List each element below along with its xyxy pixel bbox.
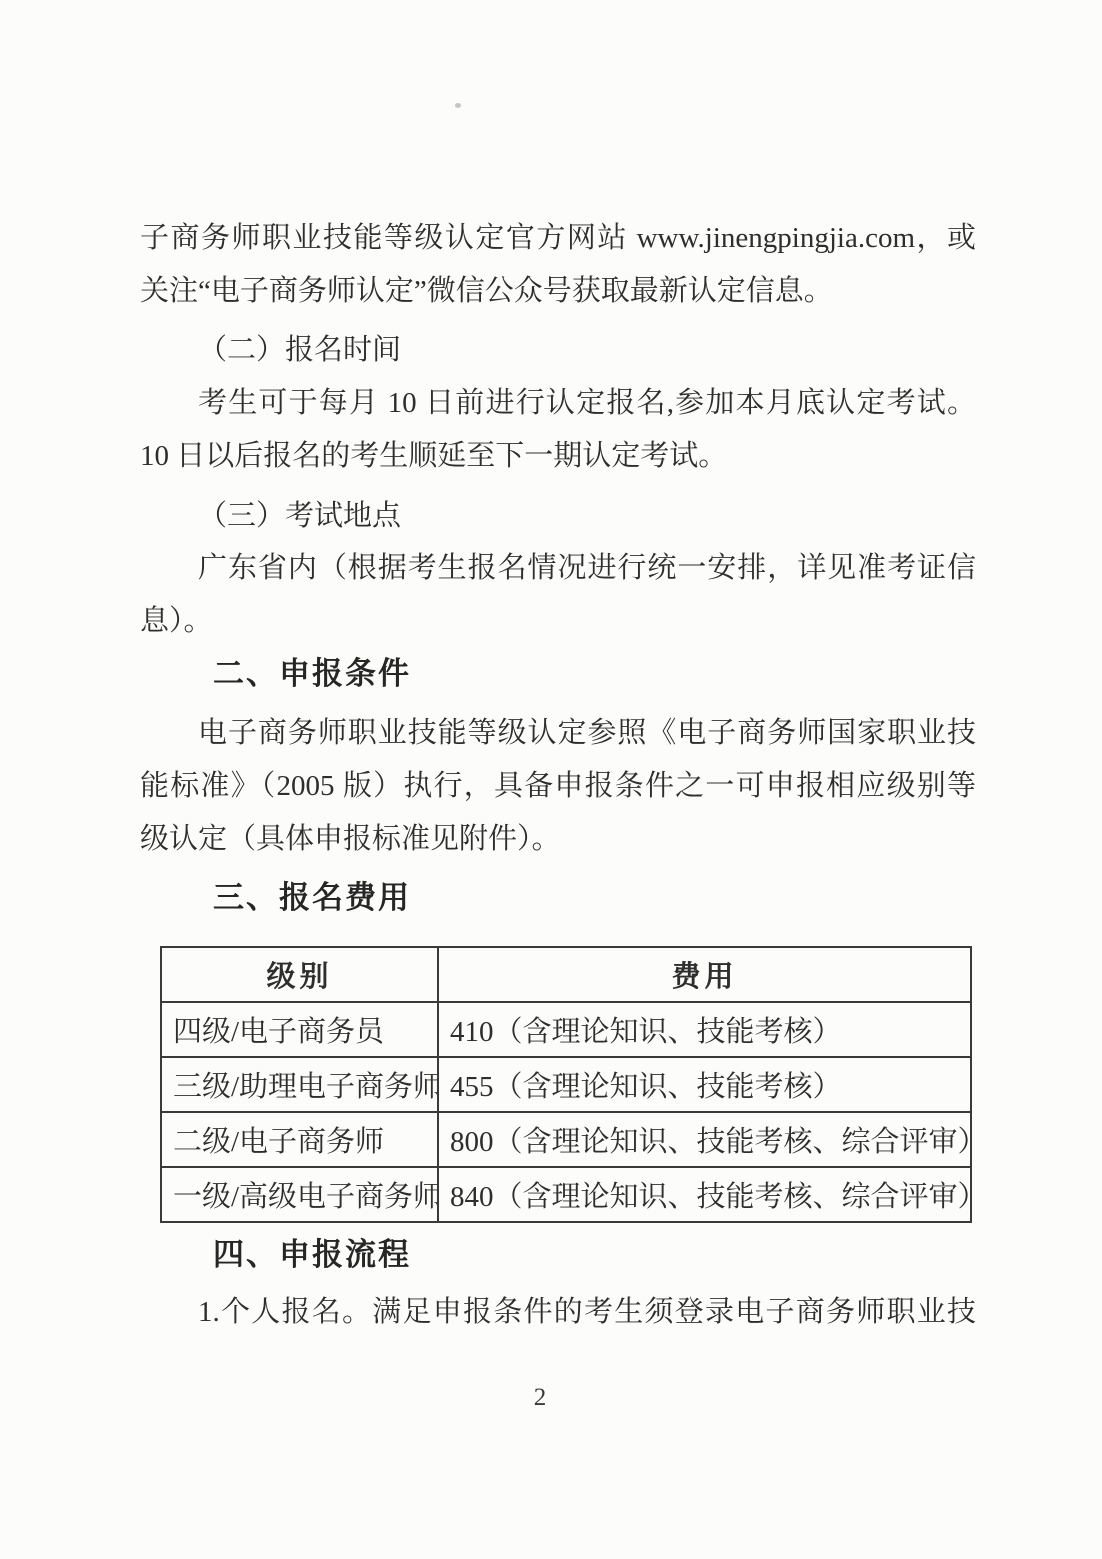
section-heading-fees: 三、报名费用 (140, 876, 1049, 920)
text-line: 考生可于每月 10 日前进行认定报名,参加本月底认定考试。 (140, 377, 976, 430)
fee-table-header-fee: 费用 (438, 947, 971, 1002)
level-cell: 二级/电子商务师 (161, 1112, 438, 1167)
table-row: 三级/助理电子商务师 455（含理论知识、技能考核） (161, 1057, 971, 1112)
section-heading-conditions: 二、申报条件 (140, 652, 1049, 696)
text-line: 广东省内（根据考生报名情况进行统一安排，详见准考证信 (140, 542, 976, 595)
fee-table-header-level: 级别 (161, 947, 438, 1002)
section-heading-process: 四、申报流程 (140, 1233, 1049, 1277)
text-line: 息）。 (140, 595, 976, 648)
paragraph-process: 1.个人报名。满足申报条件的考生须登录电子商务师职业技 (140, 1286, 976, 1339)
table-row: 二级/电子商务师 800（含理论知识、技能考核、综合评审） (161, 1112, 971, 1167)
level-cell: 一级/高级电子商务师 (161, 1167, 438, 1222)
fee-table: 级别 费用 四级/电子商务员 410（含理论知识、技能考核） 三级/助理电子商务… (160, 946, 972, 1223)
text-line: 1.个人报名。满足申报条件的考生须登录电子商务师职业技 (140, 1286, 976, 1339)
text-line: 关注“电子商务师认定”微信公众号获取最新认定信息。 (140, 265, 976, 318)
page-number: 2 (0, 1384, 1080, 1412)
heading-text: （三）考试地点 (140, 490, 976, 543)
level-cell: 三级/助理电子商务师 (161, 1057, 438, 1112)
document-page: 子商务师职业技能等级认定官方网站 www.jinengpingjia.com，或… (0, 0, 1102, 1559)
paragraph-website-info: 子商务师职业技能等级认定官方网站 www.jinengpingjia.com，或… (140, 212, 976, 318)
heading-text: （二）报名时间 (140, 324, 976, 377)
fee-cell: 840（含理论知识、技能考核、综合评审） (438, 1167, 971, 1222)
text-line: 能标准》（2005 版）执行，具备申报条件之一可申报相应级别等 (140, 760, 976, 813)
fee-table-header-row: 级别 费用 (161, 947, 971, 1002)
text-line: 子商务师职业技能等级认定官方网站 www.jinengpingjia.com，或 (140, 212, 976, 265)
level-cell: 四级/电子商务员 (161, 1002, 438, 1057)
scan-speck (455, 103, 461, 108)
text-line: 级认定（具体申报标准见附件）。 (140, 813, 976, 866)
heading-exam-place: （三）考试地点 (140, 490, 976, 543)
paragraph-conditions: 电子商务师职业技能等级认定参照《电子商务师国家职业技 能标准》（2005 版）执… (140, 707, 976, 866)
paragraph-exam-place: 广东省内（根据考生报名情况进行统一安排，详见准考证信 息）。 (140, 542, 976, 648)
fee-cell: 410（含理论知识、技能考核） (438, 1002, 971, 1057)
text-line: 10 日以后报名的考生顺延至下一期认定考试。 (140, 430, 976, 483)
text-line: 电子商务师职业技能等级认定参照《电子商务师国家职业技 (140, 707, 976, 760)
fee-cell: 800（含理论知识、技能考核、综合评审） (438, 1112, 971, 1167)
fee-cell: 455（含理论知识、技能考核） (438, 1057, 971, 1112)
heading-signup-time: （二）报名时间 (140, 324, 976, 377)
table-row: 一级/高级电子商务师 840（含理论知识、技能考核、综合评审） (161, 1167, 971, 1222)
table-row: 四级/电子商务员 410（含理论知识、技能考核） (161, 1002, 971, 1057)
paragraph-signup-time: 考生可于每月 10 日前进行认定报名,参加本月底认定考试。 10 日以后报名的考… (140, 377, 976, 483)
